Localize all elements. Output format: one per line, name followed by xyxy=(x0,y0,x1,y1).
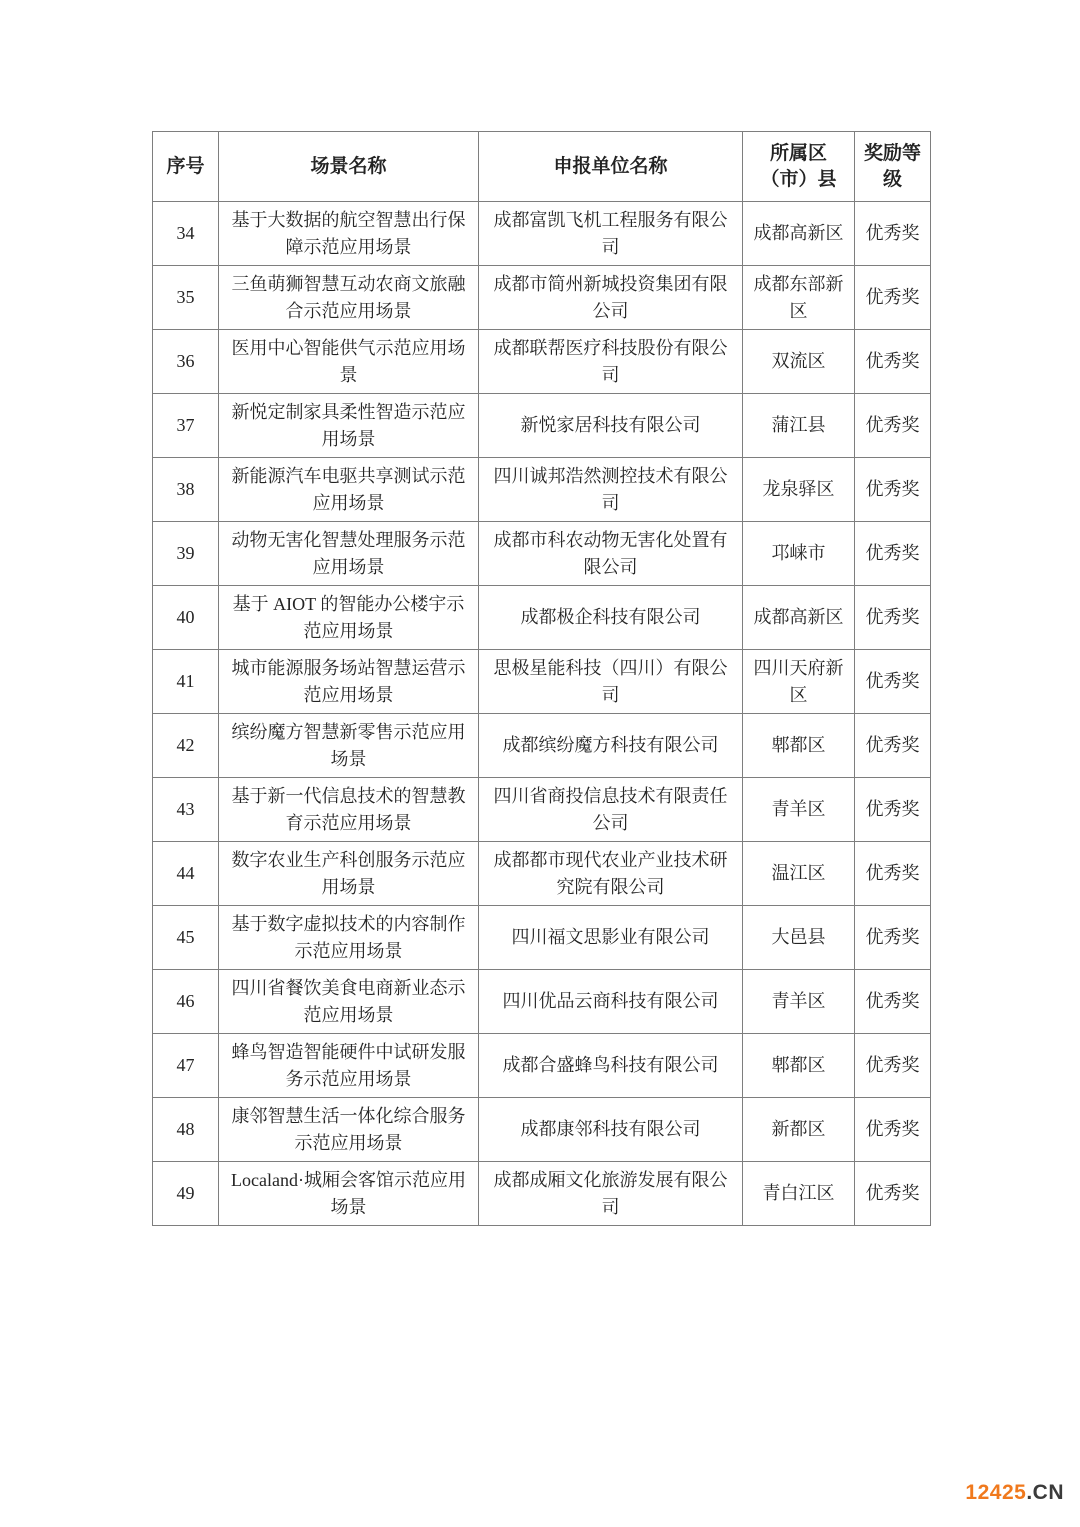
header-company-name: 申报单位名称 xyxy=(479,132,743,202)
cell-scene-name: 医用中心智能供气示范应用场景 xyxy=(219,330,479,394)
cell-district: 双流区 xyxy=(743,330,855,394)
cell-award-level: 优秀奖 xyxy=(855,1162,931,1226)
cell-award-level: 优秀奖 xyxy=(855,842,931,906)
cell-serial-number: 34 xyxy=(153,202,219,266)
cell-district: 青白江区 xyxy=(743,1162,855,1226)
cell-award-level: 优秀奖 xyxy=(855,202,931,266)
cell-district: 大邑县 xyxy=(743,906,855,970)
cell-company-name: 成都市科农动物无害化处置有限公司 xyxy=(479,522,743,586)
cell-serial-number: 37 xyxy=(153,394,219,458)
cell-company-name: 新悦家居科技有限公司 xyxy=(479,394,743,458)
cell-serial-number: 38 xyxy=(153,458,219,522)
cell-district: 成都高新区 xyxy=(743,202,855,266)
cell-award-level: 优秀奖 xyxy=(855,1034,931,1098)
table-row: 40 基于 AIOT 的智能办公楼宇示范应用场景 成都极企科技有限公司 成都高新… xyxy=(153,586,931,650)
cell-award-level: 优秀奖 xyxy=(855,778,931,842)
cell-serial-number: 40 xyxy=(153,586,219,650)
cell-serial-number: 46 xyxy=(153,970,219,1034)
cell-district: 四川天府新区 xyxy=(743,650,855,714)
table-row: 48 康邻智慧生活一体化综合服务示范应用场景 成都康邻科技有限公司 新都区 优秀… xyxy=(153,1098,931,1162)
cell-district: 成都东部新区 xyxy=(743,266,855,330)
cell-district: 蒲江县 xyxy=(743,394,855,458)
cell-scene-name: 蜂鸟智造智能硬件中试研发服务示范应用场景 xyxy=(219,1034,479,1098)
document-page: 序号 场景名称 申报单位名称 所属区（市）县 奖励等级 34 基于大数据的航空智… xyxy=(0,0,1080,1527)
table-row: 34 基于大数据的航空智慧出行保障示范应用场景 成都富凯飞机工程服务有限公司 成… xyxy=(153,202,931,266)
header-district: 所属区（市）县 xyxy=(743,132,855,202)
cell-scene-name: 三鱼萌狮智慧互动农商文旅融合示范应用场景 xyxy=(219,266,479,330)
table-row: 36 医用中心智能供气示范应用场景 成都联帮医疗科技股份有限公司 双流区 优秀奖 xyxy=(153,330,931,394)
table-row: 49 Localand·城厢会客馆示范应用场景 成都成厢文化旅游发展有限公司 青… xyxy=(153,1162,931,1226)
watermark-suffix: .CN xyxy=(1026,1481,1064,1504)
table-row: 39 动物无害化智慧处理服务示范应用场景 成都市科农动物无害化处置有限公司 邛崃… xyxy=(153,522,931,586)
table-row: 44 数字农业生产科创服务示范应用场景 成都都市现代农业产业技术研究院有限公司 … xyxy=(153,842,931,906)
table-row: 37 新悦定制家具柔性智造示范应用场景 新悦家居科技有限公司 蒲江县 优秀奖 xyxy=(153,394,931,458)
cell-serial-number: 35 xyxy=(153,266,219,330)
cell-award-level: 优秀奖 xyxy=(855,522,931,586)
cell-company-name: 成都极企科技有限公司 xyxy=(479,586,743,650)
cell-award-level: 优秀奖 xyxy=(855,970,931,1034)
cell-scene-name: 新能源汽车电驱共享测试示范应用场景 xyxy=(219,458,479,522)
cell-scene-name: 基于大数据的航空智慧出行保障示范应用场景 xyxy=(219,202,479,266)
cell-award-level: 优秀奖 xyxy=(855,394,931,458)
cell-company-name: 成都成厢文化旅游发展有限公司 xyxy=(479,1162,743,1226)
cell-serial-number: 47 xyxy=(153,1034,219,1098)
cell-award-level: 优秀奖 xyxy=(855,906,931,970)
table-row: 45 基于数字虚拟技术的内容制作示范应用场景 四川福文思影业有限公司 大邑县 优… xyxy=(153,906,931,970)
cell-award-level: 优秀奖 xyxy=(855,650,931,714)
cell-company-name: 四川诚邦浩然测控技术有限公司 xyxy=(479,458,743,522)
cell-serial-number: 36 xyxy=(153,330,219,394)
cell-award-level: 优秀奖 xyxy=(855,266,931,330)
cell-serial-number: 49 xyxy=(153,1162,219,1226)
cell-scene-name: 康邻智慧生活一体化综合服务示范应用场景 xyxy=(219,1098,479,1162)
cell-district: 青羊区 xyxy=(743,970,855,1034)
cell-district: 郫都区 xyxy=(743,714,855,778)
cell-serial-number: 48 xyxy=(153,1098,219,1162)
cell-scene-name: 缤纷魔方智慧新零售示范应用场景 xyxy=(219,714,479,778)
cell-district: 新都区 xyxy=(743,1098,855,1162)
cell-scene-name: 城市能源服务场站智慧运营示范应用场景 xyxy=(219,650,479,714)
cell-scene-name: 新悦定制家具柔性智造示范应用场景 xyxy=(219,394,479,458)
cell-serial-number: 41 xyxy=(153,650,219,714)
cell-company-name: 思极星能科技（四川）有限公司 xyxy=(479,650,743,714)
cell-serial-number: 43 xyxy=(153,778,219,842)
header-scene-name: 场景名称 xyxy=(219,132,479,202)
cell-district: 邛崃市 xyxy=(743,522,855,586)
cell-company-name: 成都合盛蜂鸟科技有限公司 xyxy=(479,1034,743,1098)
table-row: 47 蜂鸟智造智能硬件中试研发服务示范应用场景 成都合盛蜂鸟科技有限公司 郫都区… xyxy=(153,1034,931,1098)
cell-award-level: 优秀奖 xyxy=(855,458,931,522)
header-serial-number: 序号 xyxy=(153,132,219,202)
cell-company-name: 四川省商投信息技术有限责任公司 xyxy=(479,778,743,842)
cell-award-level: 优秀奖 xyxy=(855,1098,931,1162)
cell-scene-name: Localand·城厢会客馆示范应用场景 xyxy=(219,1162,479,1226)
cell-scene-name: 基于数字虚拟技术的内容制作示范应用场景 xyxy=(219,906,479,970)
cell-serial-number: 44 xyxy=(153,842,219,906)
header-award-level: 奖励等级 xyxy=(855,132,931,202)
cell-scene-name: 动物无害化智慧处理服务示范应用场景 xyxy=(219,522,479,586)
cell-award-level: 优秀奖 xyxy=(855,330,931,394)
table-row: 41 城市能源服务场站智慧运营示范应用场景 思极星能科技（四川）有限公司 四川天… xyxy=(153,650,931,714)
cell-district: 成都高新区 xyxy=(743,586,855,650)
cell-serial-number: 45 xyxy=(153,906,219,970)
cell-company-name: 成都都市现代农业产业技术研究院有限公司 xyxy=(479,842,743,906)
cell-district: 龙泉驿区 xyxy=(743,458,855,522)
cell-district: 郫都区 xyxy=(743,1034,855,1098)
cell-district: 温江区 xyxy=(743,842,855,906)
cell-company-name: 成都缤纷魔方科技有限公司 xyxy=(479,714,743,778)
cell-district: 青羊区 xyxy=(743,778,855,842)
header-row: 序号 场景名称 申报单位名称 所属区（市）县 奖励等级 xyxy=(153,132,931,202)
cell-scene-name: 基于新一代信息技术的智慧教育示范应用场景 xyxy=(219,778,479,842)
cell-award-level: 优秀奖 xyxy=(855,714,931,778)
cell-scene-name: 数字农业生产科创服务示范应用场景 xyxy=(219,842,479,906)
cell-company-name: 成都市简州新城投资集团有限公司 xyxy=(479,266,743,330)
cell-company-name: 成都康邻科技有限公司 xyxy=(479,1098,743,1162)
table-row: 43 基于新一代信息技术的智慧教育示范应用场景 四川省商投信息技术有限责任公司 … xyxy=(153,778,931,842)
watermark-prefix: 12425 xyxy=(965,1481,1026,1504)
cell-company-name: 四川福文思影业有限公司 xyxy=(479,906,743,970)
table-row: 35 三鱼萌狮智慧互动农商文旅融合示范应用场景 成都市简州新城投资集团有限公司 … xyxy=(153,266,931,330)
table-row: 46 四川省餐饮美食电商新业态示范应用场景 四川优品云商科技有限公司 青羊区 优… xyxy=(153,970,931,1034)
cell-company-name: 成都富凯飞机工程服务有限公司 xyxy=(479,202,743,266)
table-body: 34 基于大数据的航空智慧出行保障示范应用场景 成都富凯飞机工程服务有限公司 成… xyxy=(153,202,931,1226)
table-row: 38 新能源汽车电驱共享测试示范应用场景 四川诚邦浩然测控技术有限公司 龙泉驿区… xyxy=(153,458,931,522)
cell-serial-number: 39 xyxy=(153,522,219,586)
cell-scene-name: 基于 AIOT 的智能办公楼宇示范应用场景 xyxy=(219,586,479,650)
cell-serial-number: 42 xyxy=(153,714,219,778)
cell-award-level: 优秀奖 xyxy=(855,586,931,650)
cell-company-name: 四川优品云商科技有限公司 xyxy=(479,970,743,1034)
cell-company-name: 成都联帮医疗科技股份有限公司 xyxy=(479,330,743,394)
table-row: 42 缤纷魔方智慧新零售示范应用场景 成都缤纷魔方科技有限公司 郫都区 优秀奖 xyxy=(153,714,931,778)
cell-scene-name: 四川省餐饮美食电商新业态示范应用场景 xyxy=(219,970,479,1034)
award-table: 序号 场景名称 申报单位名称 所属区（市）县 奖励等级 34 基于大数据的航空智… xyxy=(152,131,931,1226)
watermark: 12425.CN xyxy=(965,1481,1064,1505)
